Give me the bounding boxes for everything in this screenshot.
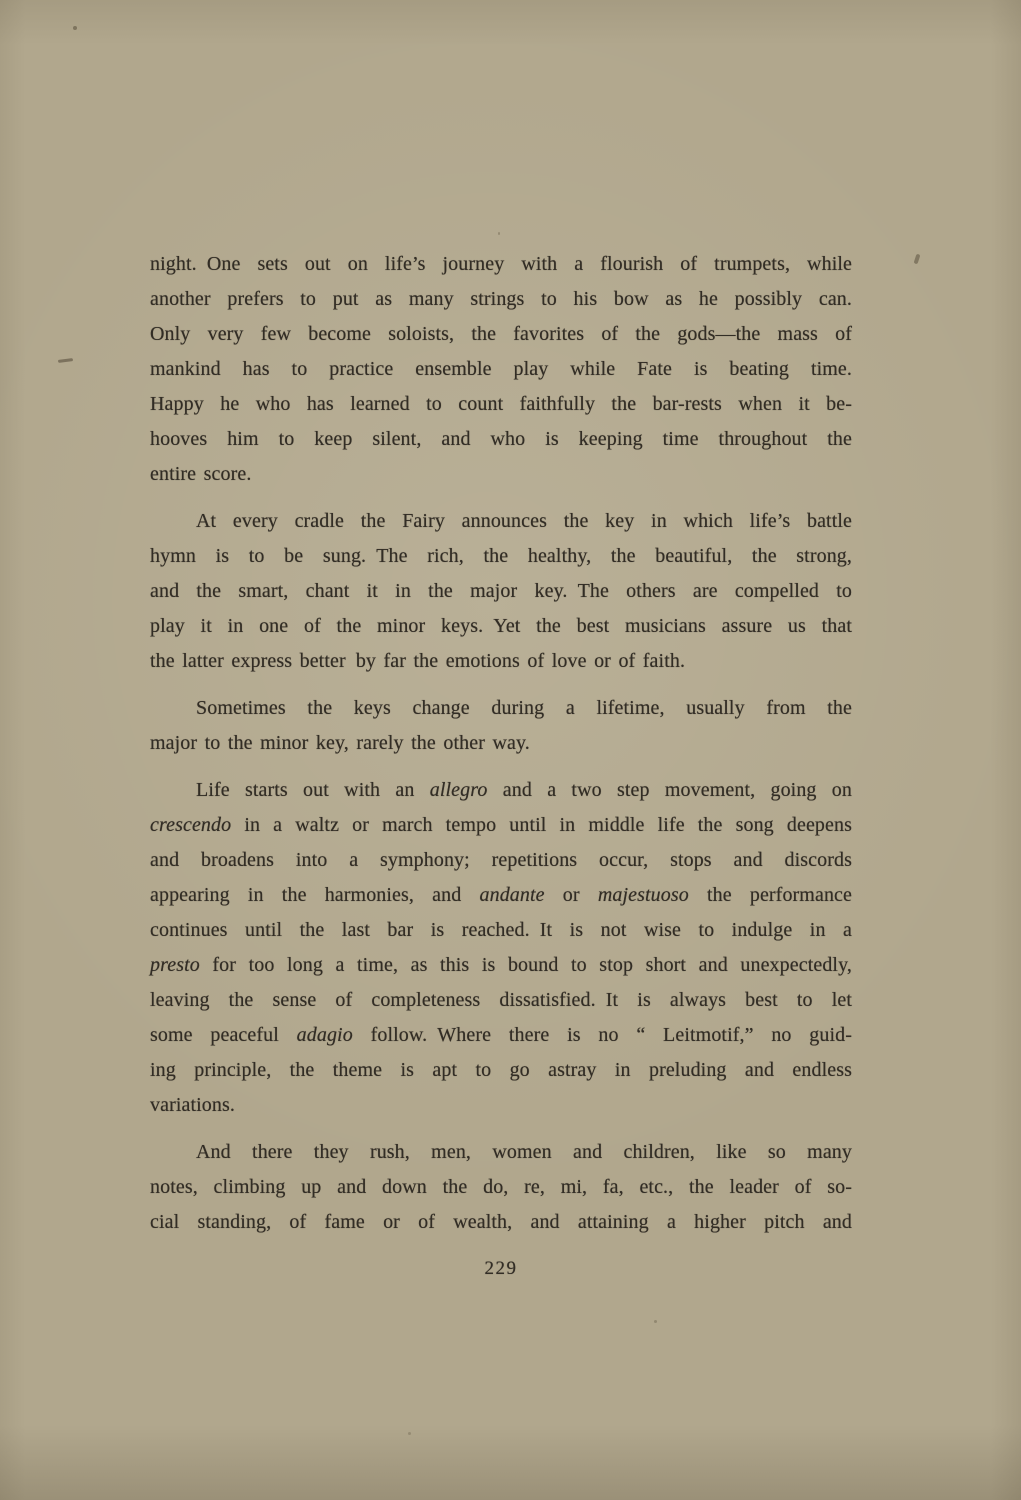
text-line: Sometimes the keys change during a lifet…	[150, 691, 852, 726]
text-line: and the smart, chant it in the major key…	[150, 574, 852, 609]
text-segment: cial standing, of fame or of wealth, and…	[150, 1211, 852, 1233]
text-line: Life starts out with an allegro and a tw…	[150, 773, 852, 808]
text-segment: At every cradle the Fairy announces the …	[196, 510, 852, 532]
text-line: variations.	[150, 1088, 852, 1123]
paragraph: night. One sets out on life’s journey wi…	[150, 247, 852, 492]
ink-speck	[498, 232, 500, 235]
text-segment: entire score.	[150, 463, 251, 485]
text-line: major to the minor key, rarely the other…	[150, 726, 852, 761]
paragraph: At every cradle the Fairy announces the …	[150, 504, 852, 679]
text-segment: and broadens into a symphony; repetition…	[150, 849, 852, 871]
text-line: presto for too long a time, as this is b…	[150, 948, 852, 983]
text-segment: play it in one of the minor keys. Yet th…	[150, 615, 852, 637]
italic-term: allegro	[430, 779, 488, 801]
text-segment: Only very few become soloists, the favor…	[150, 323, 852, 345]
text-line: mankind has to practice ensemble play wh…	[150, 352, 852, 387]
ink-speck	[654, 1320, 657, 1323]
text-line: ing principle, the theme is apt to go as…	[150, 1053, 852, 1088]
text-segment: Life starts out with an	[196, 779, 430, 801]
paragraph: Sometimes the keys change during a lifet…	[150, 691, 852, 761]
text-segment: Sometimes the keys change during a lifet…	[196, 697, 852, 719]
text-line: At every cradle the Fairy announces the …	[150, 504, 852, 539]
text-line: entire score.	[150, 457, 852, 492]
text-segment: the performance	[689, 884, 852, 906]
book-page: { "colors": { "paper": "#b1a78d", "ink":…	[0, 0, 1021, 1500]
text-line: another prefers to put as many strings t…	[150, 282, 852, 317]
text-line: leaving the sense of completeness dissat…	[150, 983, 852, 1018]
text-line: night. One sets out on life’s journey wi…	[150, 247, 852, 282]
text-segment: mankind has to practice ensemble play wh…	[150, 358, 852, 380]
text-segment: appearing in the harmonies, and	[150, 884, 480, 906]
ink-speck	[408, 1432, 411, 1435]
text-segment: leaving the sense of completeness dissat…	[150, 989, 852, 1011]
text-line: the latter express better by far the emo…	[150, 644, 852, 679]
text-line: hymn is to be sung. The rich, the health…	[150, 539, 852, 574]
text-segment: the latter express better by far the emo…	[150, 650, 685, 672]
text-line: cial standing, of fame or of wealth, and…	[150, 1205, 852, 1240]
text-segment: variations.	[150, 1094, 235, 1116]
text-segment: And there they rush, men, women and chil…	[196, 1141, 852, 1163]
text-line: some peaceful adagio follow. Where there…	[150, 1018, 852, 1053]
text-segment: or	[545, 884, 598, 906]
italic-term: majestuoso	[598, 884, 689, 906]
text-line: continues until the last bar is reached.…	[150, 913, 852, 948]
ink-speck	[73, 26, 77, 30]
text-segment: Happy he who has learned to count faithf…	[150, 393, 852, 415]
text-segment: night. One sets out on life’s journey wi…	[150, 253, 852, 275]
text-segment: another prefers to put as many strings t…	[150, 288, 852, 310]
text-segment: follow. Where there is no “ Leitmotif,” …	[353, 1024, 852, 1046]
text-segment: and the smart, chant it in the major key…	[150, 580, 852, 602]
italic-term: crescendo	[150, 814, 231, 836]
text-segment: ing principle, the theme is apt to go as…	[150, 1059, 852, 1081]
text-segment: major to the minor key, rarely the other…	[150, 732, 530, 754]
text-segment: hymn is to be sung. The rich, the health…	[150, 545, 852, 567]
text-segment: some peaceful	[150, 1024, 297, 1046]
text-line: And there they rush, men, women and chil…	[150, 1135, 852, 1170]
text-line: Happy he who has learned to count faithf…	[150, 387, 852, 422]
text-segment: for too long a time, as this is bound to…	[200, 954, 852, 976]
text-line: crescendo in a waltz or march tempo unti…	[150, 808, 852, 843]
page-number: 229	[150, 1258, 852, 1280]
paragraph: And there they rush, men, women and chil…	[150, 1135, 852, 1240]
paragraph: Life starts out with an allegro and a tw…	[150, 773, 852, 1123]
text-line: notes, climbing up and down the do, re, …	[150, 1170, 852, 1205]
text-line: appearing in the harmonies, and andante …	[150, 878, 852, 913]
italic-term: presto	[150, 954, 200, 976]
ink-speck	[914, 254, 921, 265]
page-text-block: night. One sets out on life’s journey wi…	[150, 247, 852, 1280]
italic-term: adagio	[297, 1024, 353, 1046]
text-segment: in a waltz or march tempo until in middl…	[231, 814, 852, 836]
text-line: hooves him to keep silent, and who is ke…	[150, 422, 852, 457]
margin-dash-mark	[58, 358, 73, 363]
text-segment: continues until the last bar is reached.…	[150, 919, 852, 941]
text-segment: hooves him to keep silent, and who is ke…	[150, 428, 852, 450]
text-segment: and a two step movement, going on	[487, 779, 852, 801]
text-line: Only very few become soloists, the favor…	[150, 317, 852, 352]
text-segment: notes, climbing up and down the do, re, …	[150, 1176, 852, 1198]
italic-term: andante	[480, 884, 545, 906]
text-line: play it in one of the minor keys. Yet th…	[150, 609, 852, 644]
text-line: and broadens into a symphony; repetition…	[150, 843, 852, 878]
